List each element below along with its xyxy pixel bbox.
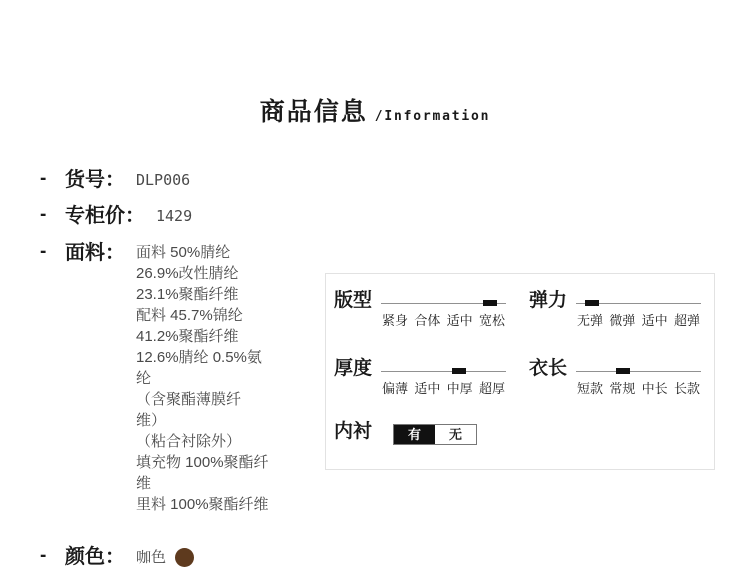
slider-elasticity-label: 弹力	[529, 291, 569, 311]
tick-label: 中厚	[447, 378, 473, 397]
counter-price-value: 1429	[156, 205, 192, 227]
lining-toggle[interactable]: 有 无	[393, 424, 477, 445]
slider-group-garment-length: 衣长 短款 常规 中长 长款	[529, 359, 701, 397]
tick-label: 偏薄	[382, 378, 408, 397]
slider-group-thickness: 厚度 偏薄 适中 中厚 超厚	[334, 359, 506, 397]
bullet-dash: -	[40, 169, 65, 189]
info-row-fabric: - 面料： 面料 50%腈纶 26.9%改性腈纶 23.1%聚酯纤维 配料 45…	[40, 242, 311, 515]
item-number-label: 货号：	[65, 169, 125, 191]
slider-length-ticks: 短款 常规 中长 长款	[576, 378, 701, 397]
tick-label: 短款	[577, 378, 603, 397]
slider-thickness-label: 厚度	[334, 359, 374, 379]
bullet-dash: -	[40, 546, 65, 566]
slider-fit-label: 版型	[334, 291, 374, 311]
page-title-en: /Information	[375, 109, 491, 124]
counter-price-label: 专柜价：	[65, 205, 145, 227]
fabric-label: 面料：	[65, 242, 125, 264]
tick-label: 合体	[414, 310, 440, 329]
lining-option-no[interactable]: 无	[435, 425, 476, 444]
info-row-color: - 颜色： 咖色	[40, 546, 194, 568]
slider-thickness-marker[interactable]	[452, 368, 466, 374]
color-swatch	[175, 548, 194, 567]
info-row-item-number: - 货号： DLP006	[40, 169, 190, 191]
tick-label: 微弹	[609, 310, 635, 329]
info-row-counter-price: - 专柜价： 1429	[40, 205, 192, 227]
tick-label: 无弹	[577, 310, 603, 329]
slider-fit-track	[381, 303, 506, 304]
tick-label: 常规	[609, 378, 635, 397]
slider-group-fit: 版型 紧身 合体 适中 宽松	[334, 291, 506, 329]
tick-label: 长款	[674, 378, 700, 397]
color-value-wrap: 咖色	[136, 546, 194, 568]
tick-label: 适中	[642, 310, 668, 329]
lining-option-yes[interactable]: 有	[394, 425, 435, 444]
slider-elasticity-track	[576, 303, 701, 304]
slider-length-track	[576, 371, 701, 372]
tick-label: 宽松	[479, 310, 505, 329]
slider-elasticity-marker[interactable]	[585, 300, 599, 306]
tick-label: 中长	[642, 378, 668, 397]
slider-thickness-ticks: 偏薄 适中 中厚 超厚	[381, 378, 506, 397]
page-title: 商品信息	[260, 92, 368, 128]
slider-fit-ticks: 紧身 合体 适中 宽松	[381, 310, 506, 329]
bullet-dash: -	[40, 242, 65, 262]
tick-label: 紧身	[382, 310, 408, 329]
fabric-composition-text: 面料 50%腈纶 26.9%改性腈纶 23.1%聚酯纤维 配料 45.7%锦纶 …	[136, 242, 311, 515]
tick-label: 超厚	[479, 378, 505, 397]
bullet-dash: -	[40, 205, 65, 225]
slider-length-marker[interactable]	[616, 368, 630, 374]
tick-label: 适中	[447, 310, 473, 329]
page-header: 商品信息 /Information	[0, 92, 750, 128]
slider-elasticity-ticks: 无弹 微弹 适中 超弹	[576, 310, 701, 329]
slider-thickness-track	[381, 371, 506, 372]
slider-group-elasticity: 弹力 无弹 微弹 适中 超弹	[529, 291, 701, 329]
color-label: 颜色：	[65, 546, 125, 568]
tick-label: 超弹	[674, 310, 700, 329]
tick-label: 适中	[414, 378, 440, 397]
slider-fit-marker[interactable]	[483, 300, 497, 306]
color-name: 咖色	[136, 546, 166, 568]
slider-length-label: 衣长	[529, 359, 569, 379]
spec-panel: 版型 紧身 合体 适中 宽松 弹力 无弹 微弹 适中 超弹	[325, 273, 715, 470]
item-number-value: DLP006	[136, 169, 190, 191]
lining-label: 内衬	[334, 422, 374, 442]
lining-row: 内衬 有 无	[334, 422, 477, 445]
